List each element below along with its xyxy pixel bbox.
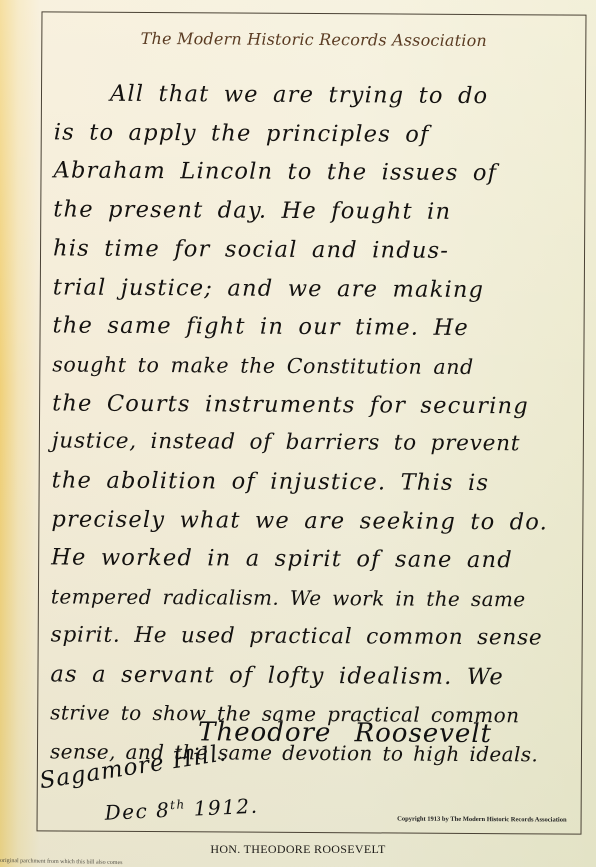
letter-line: sought to make the Constitution and xyxy=(52,345,565,387)
letter-line: the present day. He fought in xyxy=(53,191,566,233)
date-year: 1912. xyxy=(193,794,259,821)
letter-line: his time for social and indus- xyxy=(53,229,566,271)
letter-line: is to apply the principles of xyxy=(54,113,567,155)
copyright-notice: Copyright 1913 by The Modern Historic Re… xyxy=(397,816,566,824)
letter-line: as a servant of lofty idealism. We xyxy=(50,655,563,697)
footnote-text: original parchment from which this bill … xyxy=(0,858,123,866)
letter-line: the Courts instruments for securing xyxy=(52,384,565,426)
date-day: 8 xyxy=(156,798,171,823)
letter-line: precisely what we are seeking to do. xyxy=(51,500,564,542)
letter-line: the abolition of injustice. This is xyxy=(52,461,565,503)
handwritten-letter: All that we are trying to do is to apply… xyxy=(50,74,567,774)
letter-line: tempered radicalism. We work in the same xyxy=(51,578,564,620)
letter-line: Abraham Lincoln to the issues of xyxy=(53,152,566,194)
letter-line: the same fight in our time. He xyxy=(52,307,565,349)
date-line: Dec 8th 1912. xyxy=(104,794,259,825)
letter-line: All that we are trying to do xyxy=(54,74,567,116)
signature: Theodore Roosevelt xyxy=(198,717,492,749)
letter-line: spirit. He used practical common sense xyxy=(51,616,564,658)
date-month: Dec xyxy=(104,799,149,825)
association-title: The Modern Historic Records Association xyxy=(42,28,585,50)
date-day-suffix: th xyxy=(170,797,186,812)
caption: HON. THEODORE ROOSEVELT xyxy=(0,842,596,857)
document-frame: The Modern Historic Records Association … xyxy=(37,11,587,834)
letter-line: justice, instead of barriers to prevent xyxy=(52,423,565,465)
letter-line: He worked in a spirit of sane and xyxy=(51,539,564,581)
letter-line: trial justice; and we are making xyxy=(53,268,566,310)
